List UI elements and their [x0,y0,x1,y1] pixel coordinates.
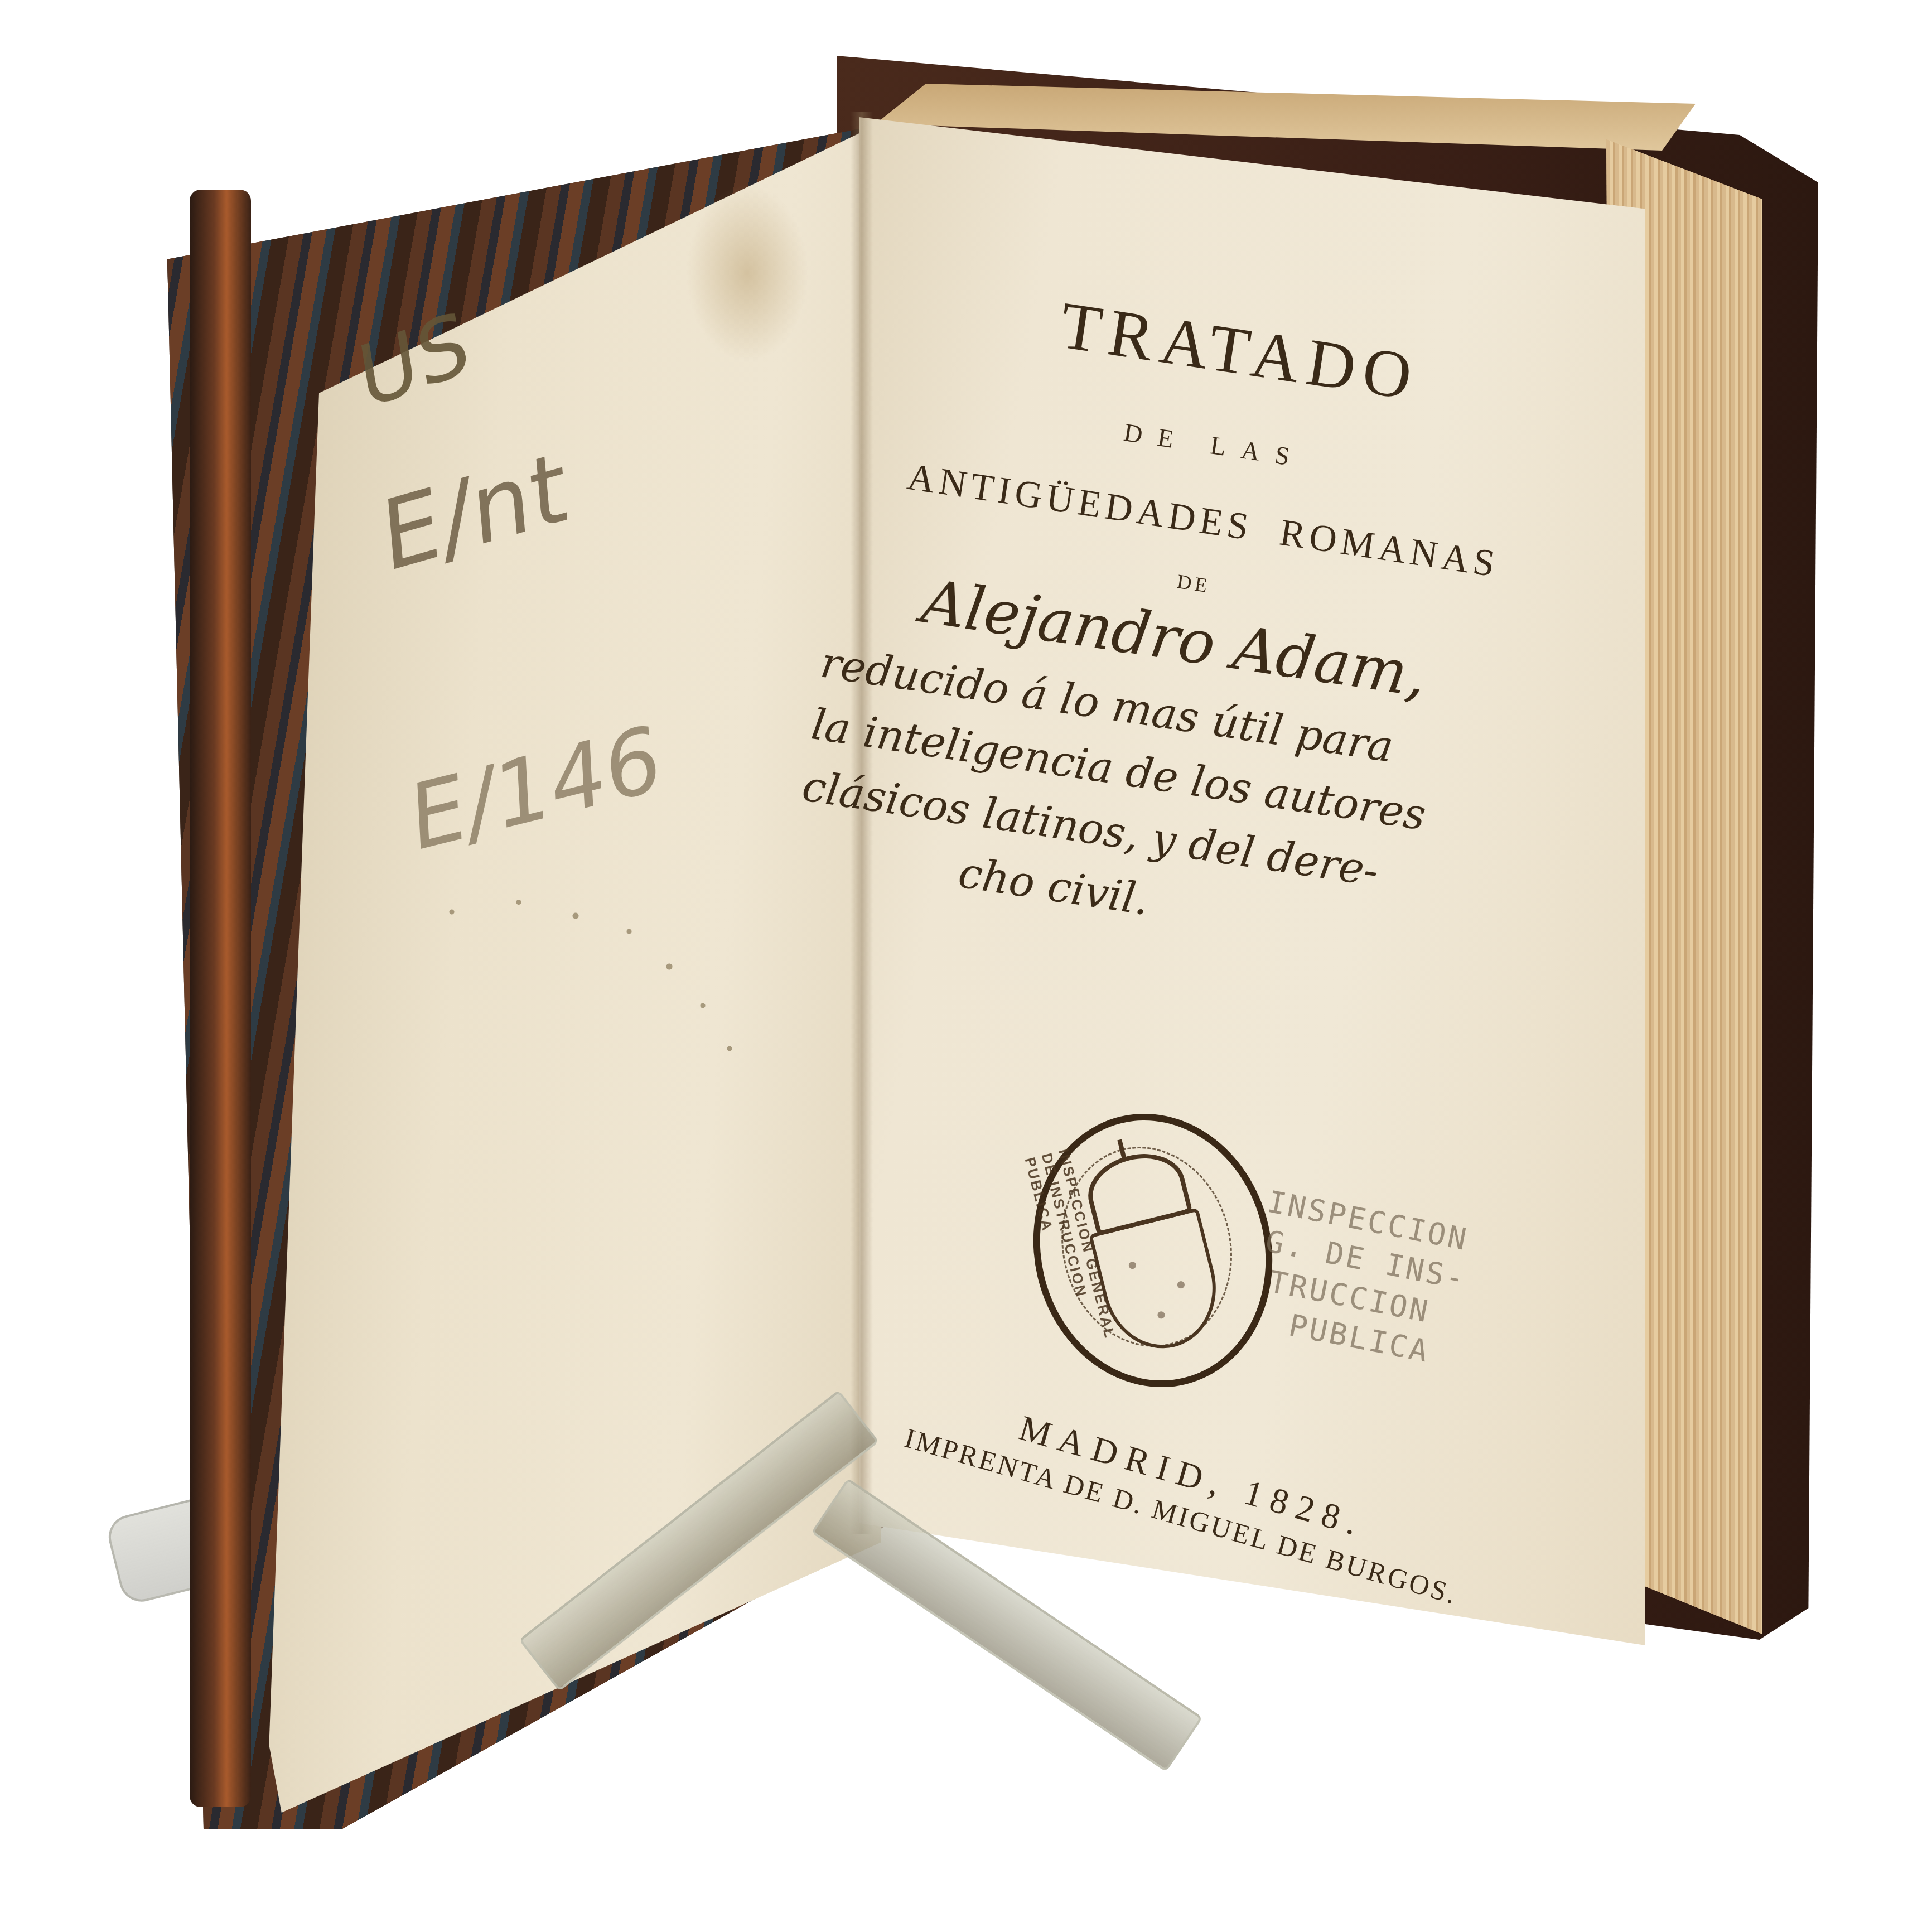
title-block: TRATADO DE LAS ANTIGÜEDADESROMANAS DE Al… [811,262,1566,981]
paper-stain [686,184,809,363]
book-photo-scene: US E/nt E/146 TRATADO DE LAS ANTIGÜEDADE… [0,0,1932,1932]
subject-word-2: ROMANAS [1277,511,1502,586]
foxing-specks [435,892,770,1088]
front-cover-edge [190,190,251,1807]
subject-word-1: ANTIGÜEDADES [905,455,1255,549]
